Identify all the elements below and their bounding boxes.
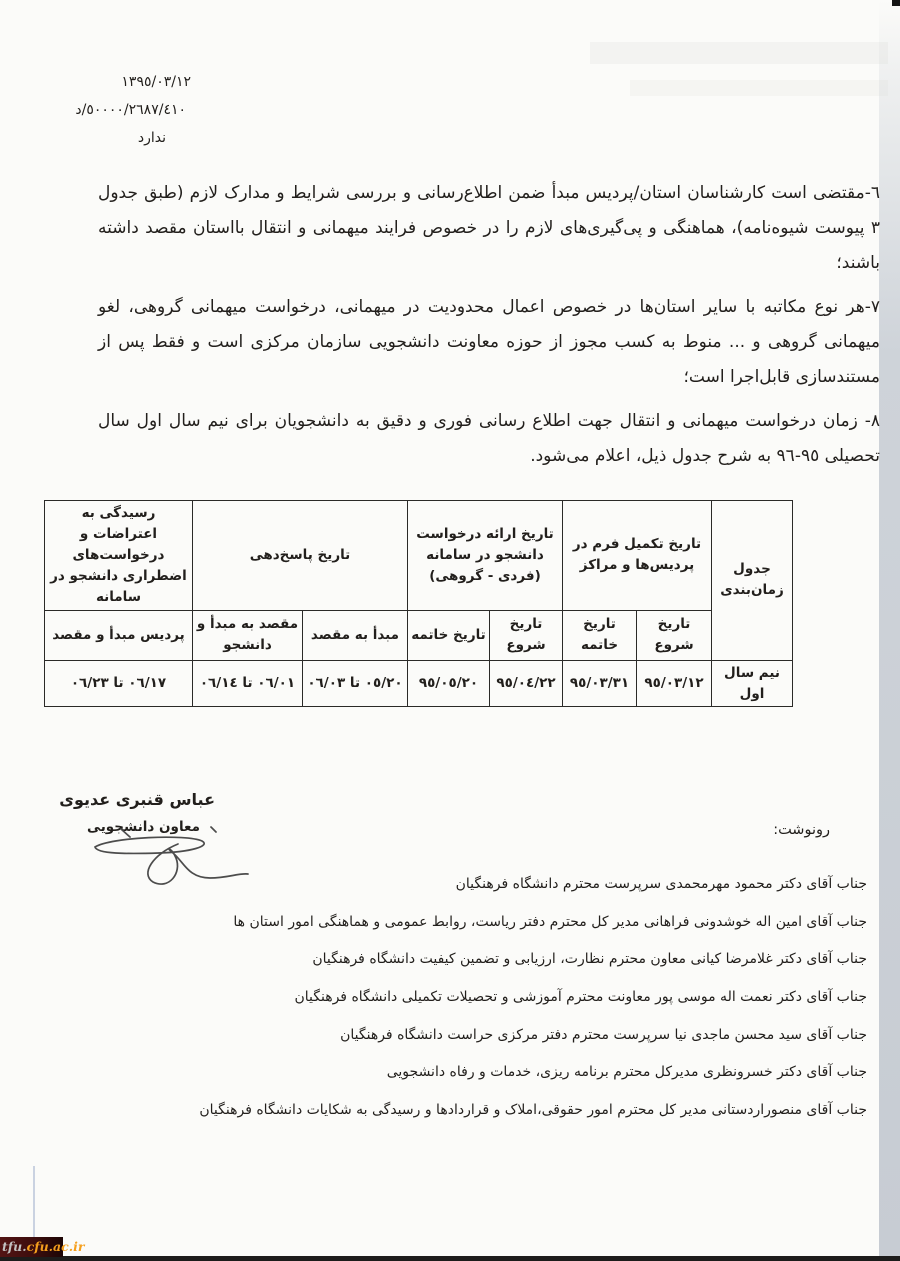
- letter-attachment: ندارد: [138, 130, 166, 146]
- paragraph-8: ٨- زمان درخواست میهمانی و انتقال جهت اطل…: [98, 404, 880, 474]
- subcol-origin-to-destination-label: مبدأ به مقصد: [302, 610, 407, 660]
- copies-list: جناب آقای دکتر محمود مهرمحمدی سرپرست محت…: [37, 866, 867, 1130]
- request-start-value: ٩٥/٠٤/٢٢: [490, 660, 563, 707]
- copy-recipient: جناب آقای منصوراردستانی مدیر کل محترم ام…: [37, 1092, 867, 1130]
- form-start-value: ٩٥/٠٣/١٢: [637, 660, 712, 707]
- scan-corner-mark: [892, 0, 900, 6]
- scan-fold-line: [33, 1166, 35, 1238]
- request-end-value: ٩٥/٠٥/٢٠: [407, 660, 489, 707]
- scanned-letter-page: ١٣٩٥/٠٣/١٢ ٥٠٠٠٠/٢٦٨٧/٤١٠/د ندارد ٦-مقتض…: [0, 0, 900, 1261]
- subcol-request-end-label: تاریخ خاتمه: [407, 610, 489, 660]
- watermark-prefix: tfu.: [2, 1239, 27, 1254]
- objection-period-value: ٠٦/١٧ تا ٠٦/٢٣: [44, 660, 192, 707]
- subcol-destination-to-origin-label: مقصد به مبدأ و دانشجو: [192, 610, 302, 660]
- form-end-value: ٩٥/٠٣/٣١: [563, 660, 637, 707]
- signatory-name: عباس قنبری عدیوی: [59, 790, 215, 809]
- site-watermark: tfu.cfu.ac.ir: [0, 1237, 63, 1257]
- destination-to-origin-value: ٠٦/٠١ تا ٠٦/١٤: [192, 660, 302, 707]
- semester-value-cell: نیم سال اول: [712, 660, 793, 707]
- copy-recipient: جناب آقای دکتر خسرونظری مدیرکل محترم برن…: [37, 1054, 867, 1092]
- paragraph-6: ٦-مقتضی است کارشناسان استان/پردیس مبدأ ض…: [98, 176, 880, 281]
- subcol-request-start-label: تاریخ شروع: [490, 610, 563, 660]
- letter-date: ١٣٩٥/٠٣/١٢: [121, 74, 191, 90]
- group-header-request-submission: تاریخ ارائه درخواست دانشجو در سامانه (فر…: [407, 501, 562, 611]
- table-subheader-row: تاریخ شروع تاریخ خاتمه تاریخ شروع تاریخ …: [44, 610, 792, 660]
- copy-recipient: جناب آقای دکتر نعمت اله موسی پور معاونت …: [37, 979, 867, 1017]
- subcol-objection-campus-label: پردیس مبدأ و مقصد: [44, 610, 192, 660]
- watermark-domain: cfu.ac.ir: [27, 1239, 85, 1254]
- copy-recipient: جناب آقای امین اله خوشدونی فراهانی مدیر …: [37, 904, 867, 942]
- table-value-row: نیم سال اول ٩٥/٠٣/١٢ ٩٥/٠٣/٣١ ٩٥/٠٤/٢٢ ٩…: [44, 660, 792, 707]
- scan-smudge: [630, 80, 888, 96]
- origin-to-destination-value: ٠٥/٢٠ تا ٠٦/٠٣: [302, 660, 407, 707]
- group-header-objections: رسیدگی به اعتراضات و درخواست‌های اضطراری…: [44, 501, 192, 611]
- schedule-table: جدول زمان‌بندی تاریخ تکمیل فرم در پردیس‌…: [44, 500, 793, 707]
- subcol-form-end-label: تاریخ خاتمه: [563, 610, 637, 660]
- table-title-cell: جدول زمان‌بندی: [712, 501, 793, 661]
- letter-number: ٥٠٠٠٠/٢٦٨٧/٤١٠/د: [75, 102, 186, 118]
- group-header-response-dates: تاریخ پاسخ‌دهی: [192, 501, 407, 611]
- group-header-form-completion: تاریخ تکمیل فرم در پردیس‌ها و مراکز: [563, 501, 712, 611]
- copy-recipient: جناب آقای سید محسن ماجدی نیا سرپرست محتر…: [37, 1017, 867, 1055]
- subcol-form-start-label: تاریخ شروع: [637, 610, 712, 660]
- copies-label: رونوشت:: [773, 822, 830, 838]
- letter-body: ٦-مقتضی است کارشناسان استان/پردیس مبدأ ض…: [98, 176, 880, 483]
- scan-bottom-edge: [0, 1256, 900, 1261]
- paragraph-7: ٧-هر نوع مکاتبه با سایر استان‌ها در خصوص…: [98, 290, 880, 395]
- table-group-header-row: جدول زمان‌بندی تاریخ تکمیل فرم در پردیس‌…: [44, 501, 792, 611]
- scan-smudge: [590, 42, 888, 64]
- copy-recipient: جناب آقای دکتر غلامرضا کیانی معاون محترم…: [37, 941, 867, 979]
- scan-edge-band: [879, 0, 900, 1261]
- copy-recipient: جناب آقای دکتر محمود مهرمحمدی سرپرست محت…: [37, 866, 867, 904]
